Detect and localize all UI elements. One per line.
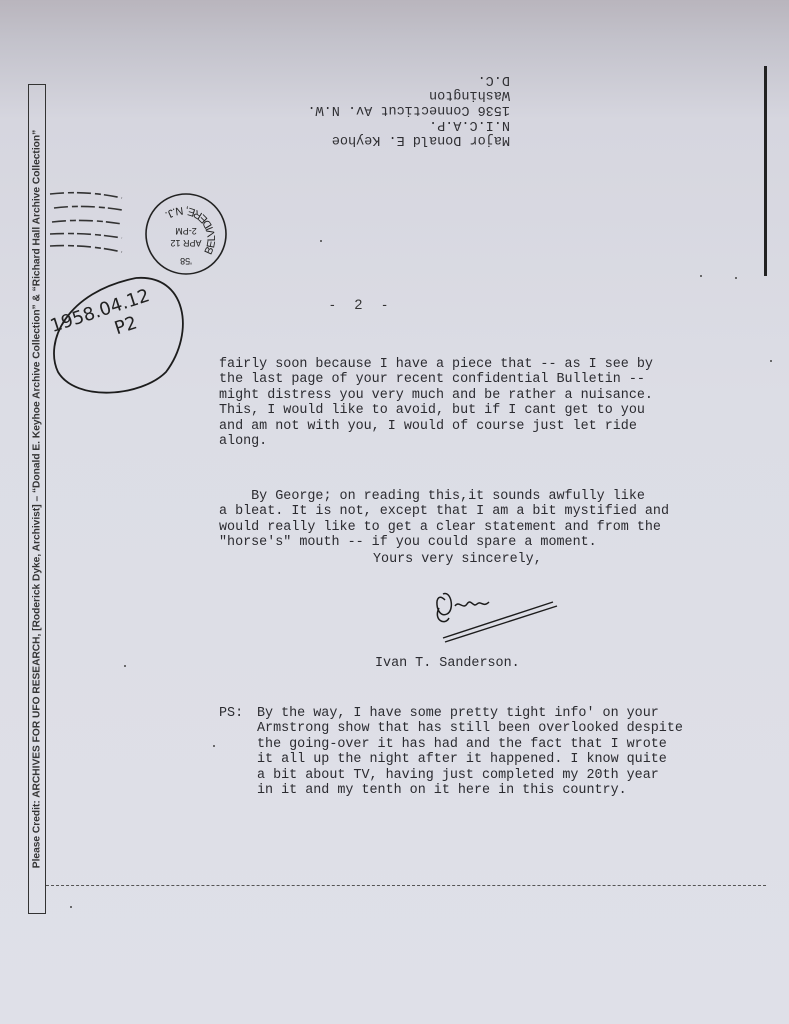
postmark-date: APR 12: [170, 238, 201, 248]
text-line: along.: [219, 434, 759, 449]
letter-closing: Yours very sincerely,: [373, 552, 542, 567]
text-line: would really like to get a clear stateme…: [219, 520, 759, 535]
speck: [124, 665, 126, 667]
letter-paragraph-2: By George; on reading this,it sounds awf…: [219, 489, 759, 551]
speck: [320, 240, 322, 242]
address-line: N.I.C.A.P.: [250, 117, 510, 132]
right-margin-mark: [764, 66, 767, 276]
text-line: and am not with you, I would of course j…: [219, 419, 759, 434]
address-line: Major Donald E. Keyhoe: [250, 132, 510, 147]
text-line: By George; on reading this,it sounds awf…: [219, 489, 759, 504]
text-line: the going-over it has had and the fact t…: [257, 737, 683, 752]
text-line: might distress you very much and be rath…: [219, 388, 759, 403]
text-line: This, I would like to avoid, but if I ca…: [219, 403, 759, 418]
text-line: a bit about TV, having just completed my…: [257, 768, 683, 783]
postscript-label: PS:: [219, 706, 243, 721]
postmark-stamp: APR 12 2-PM '58 BELVIDERE, N.J.: [140, 188, 232, 280]
speck: [770, 360, 772, 362]
signer-name: Ivan T. Sanderson.: [375, 656, 520, 671]
address-line: 1536 Connecticut Av. N.W.: [250, 102, 510, 117]
text-line: "horse's" mouth -- if you could spare a …: [219, 535, 759, 550]
text-line: in it and my tenth on it here in this co…: [257, 783, 683, 798]
postscript-text: By the way, I have some pretty tight inf…: [257, 706, 683, 798]
postmark-time: 2-PM: [175, 226, 197, 236]
signature: [425, 580, 565, 646]
speck: [700, 275, 702, 277]
cancellation-lines: [46, 188, 126, 260]
letter-paragraph-1: fairly soon because I have a piece that …: [219, 357, 759, 449]
text-line: By the way, I have some pretty tight inf…: [257, 706, 683, 721]
speck: [70, 906, 72, 908]
text-line: fairly soon because I have a piece that …: [219, 357, 759, 372]
archive-credit-text: Please Credit: ARCHIVES FOR UFO RESEARCH…: [32, 130, 43, 868]
recipient-address-block: Major Donald E. Keyhoe N.I.C.A.P. 1536 C…: [250, 72, 510, 147]
text-line: Armstrong show that has still been overl…: [257, 721, 683, 736]
archive-credit-box: Please Credit: ARCHIVES FOR UFO RESEARCH…: [28, 84, 46, 914]
address-line: Washington: [250, 87, 510, 102]
text-line: a bleat. It is not, except that I am a b…: [219, 504, 759, 519]
page-number: - 2 -: [330, 296, 395, 312]
address-line: D.C.: [250, 72, 510, 87]
postmark-year: '58: [180, 256, 192, 266]
speck: [735, 277, 737, 279]
text-line: it all up the night after it happened. I…: [257, 752, 683, 767]
page-edge-line: [46, 885, 766, 886]
speck: [213, 745, 215, 747]
text-line: the last page of your recent confidentia…: [219, 372, 759, 387]
